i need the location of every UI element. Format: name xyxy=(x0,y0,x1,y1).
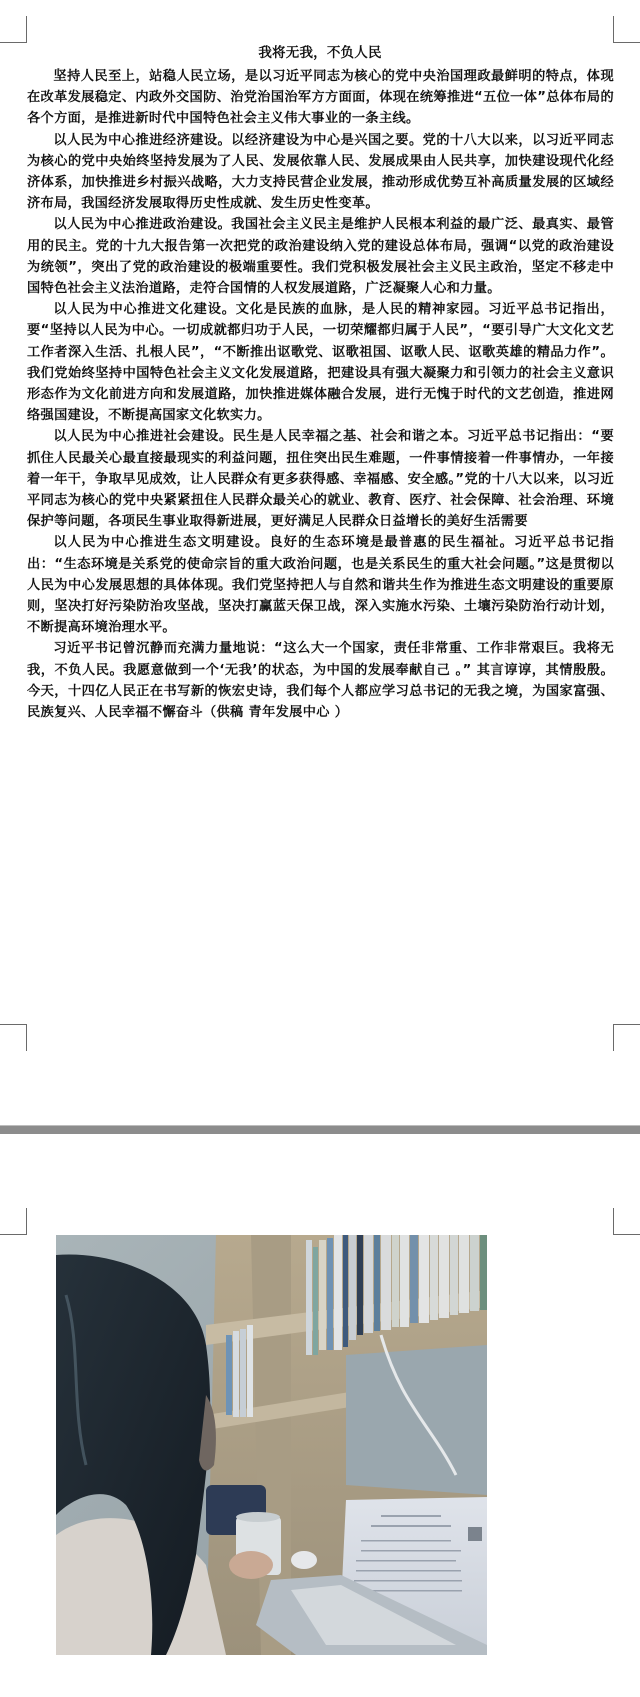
paragraph-politics: 以人民为中心推进政治建设。我国社会主义民主是维护人民根本利益的最广泛、最真实、最… xyxy=(27,214,614,299)
document-title: 我将无我，不负人民 xyxy=(0,44,640,62)
paragraph-conclusion: 习近平书记曾沉静而充满力量地说：“这么大一个国家，责任非常重、工作非常艰巨。我将… xyxy=(27,638,614,723)
paragraph-intro: 坚持人民至上，站稳人民立场，是以习近平同志为核心的党中央治国理政最鲜明的特点，体… xyxy=(27,66,614,130)
photo-illustration xyxy=(56,1235,487,1655)
paragraph-society: 以人民为中心推进社会建设。民生是人民幸福之基、社会和谐之本。习近平总书记指出：“… xyxy=(27,426,614,532)
margin-corner-mark-bottom-left xyxy=(0,1024,27,1051)
margin-corner-mark-top-left xyxy=(0,16,27,43)
document-page-1: 我将无我，不负人民 坚持人民至上，站稳人民立场，是以习近平同志为核心的党中央治国… xyxy=(0,0,640,1125)
paragraph-economy: 以人民为中心推进经济建设。以经济建设为中心是兴国之要。党的十八大以来，以习近平同… xyxy=(27,130,614,215)
page-separator xyxy=(0,1125,640,1134)
margin-corner-mark-top-right xyxy=(613,16,640,43)
embedded-photo[interactable] xyxy=(56,1235,487,1655)
margin-corner-mark-top-right xyxy=(613,1208,640,1235)
margin-corner-mark-top-left xyxy=(0,1208,27,1235)
margin-corner-mark-bottom-right xyxy=(613,1024,640,1051)
paragraph-ecology: 以人民为中心推进生态文明建设。良好的生态环境是最普惠的民生福祉。习近平总书记指出… xyxy=(27,532,614,638)
paragraph-culture: 以人民为中心推进文化建设。文化是民族的血脉，是人民的精神家园。习近平总书记指出，… xyxy=(27,299,614,426)
document-page-2 xyxy=(0,1134,640,1697)
document-body[interactable]: 坚持人民至上，站稳人民立场，是以习近平同志为核心的党中央治国理政最鲜明的特点，体… xyxy=(27,66,614,723)
